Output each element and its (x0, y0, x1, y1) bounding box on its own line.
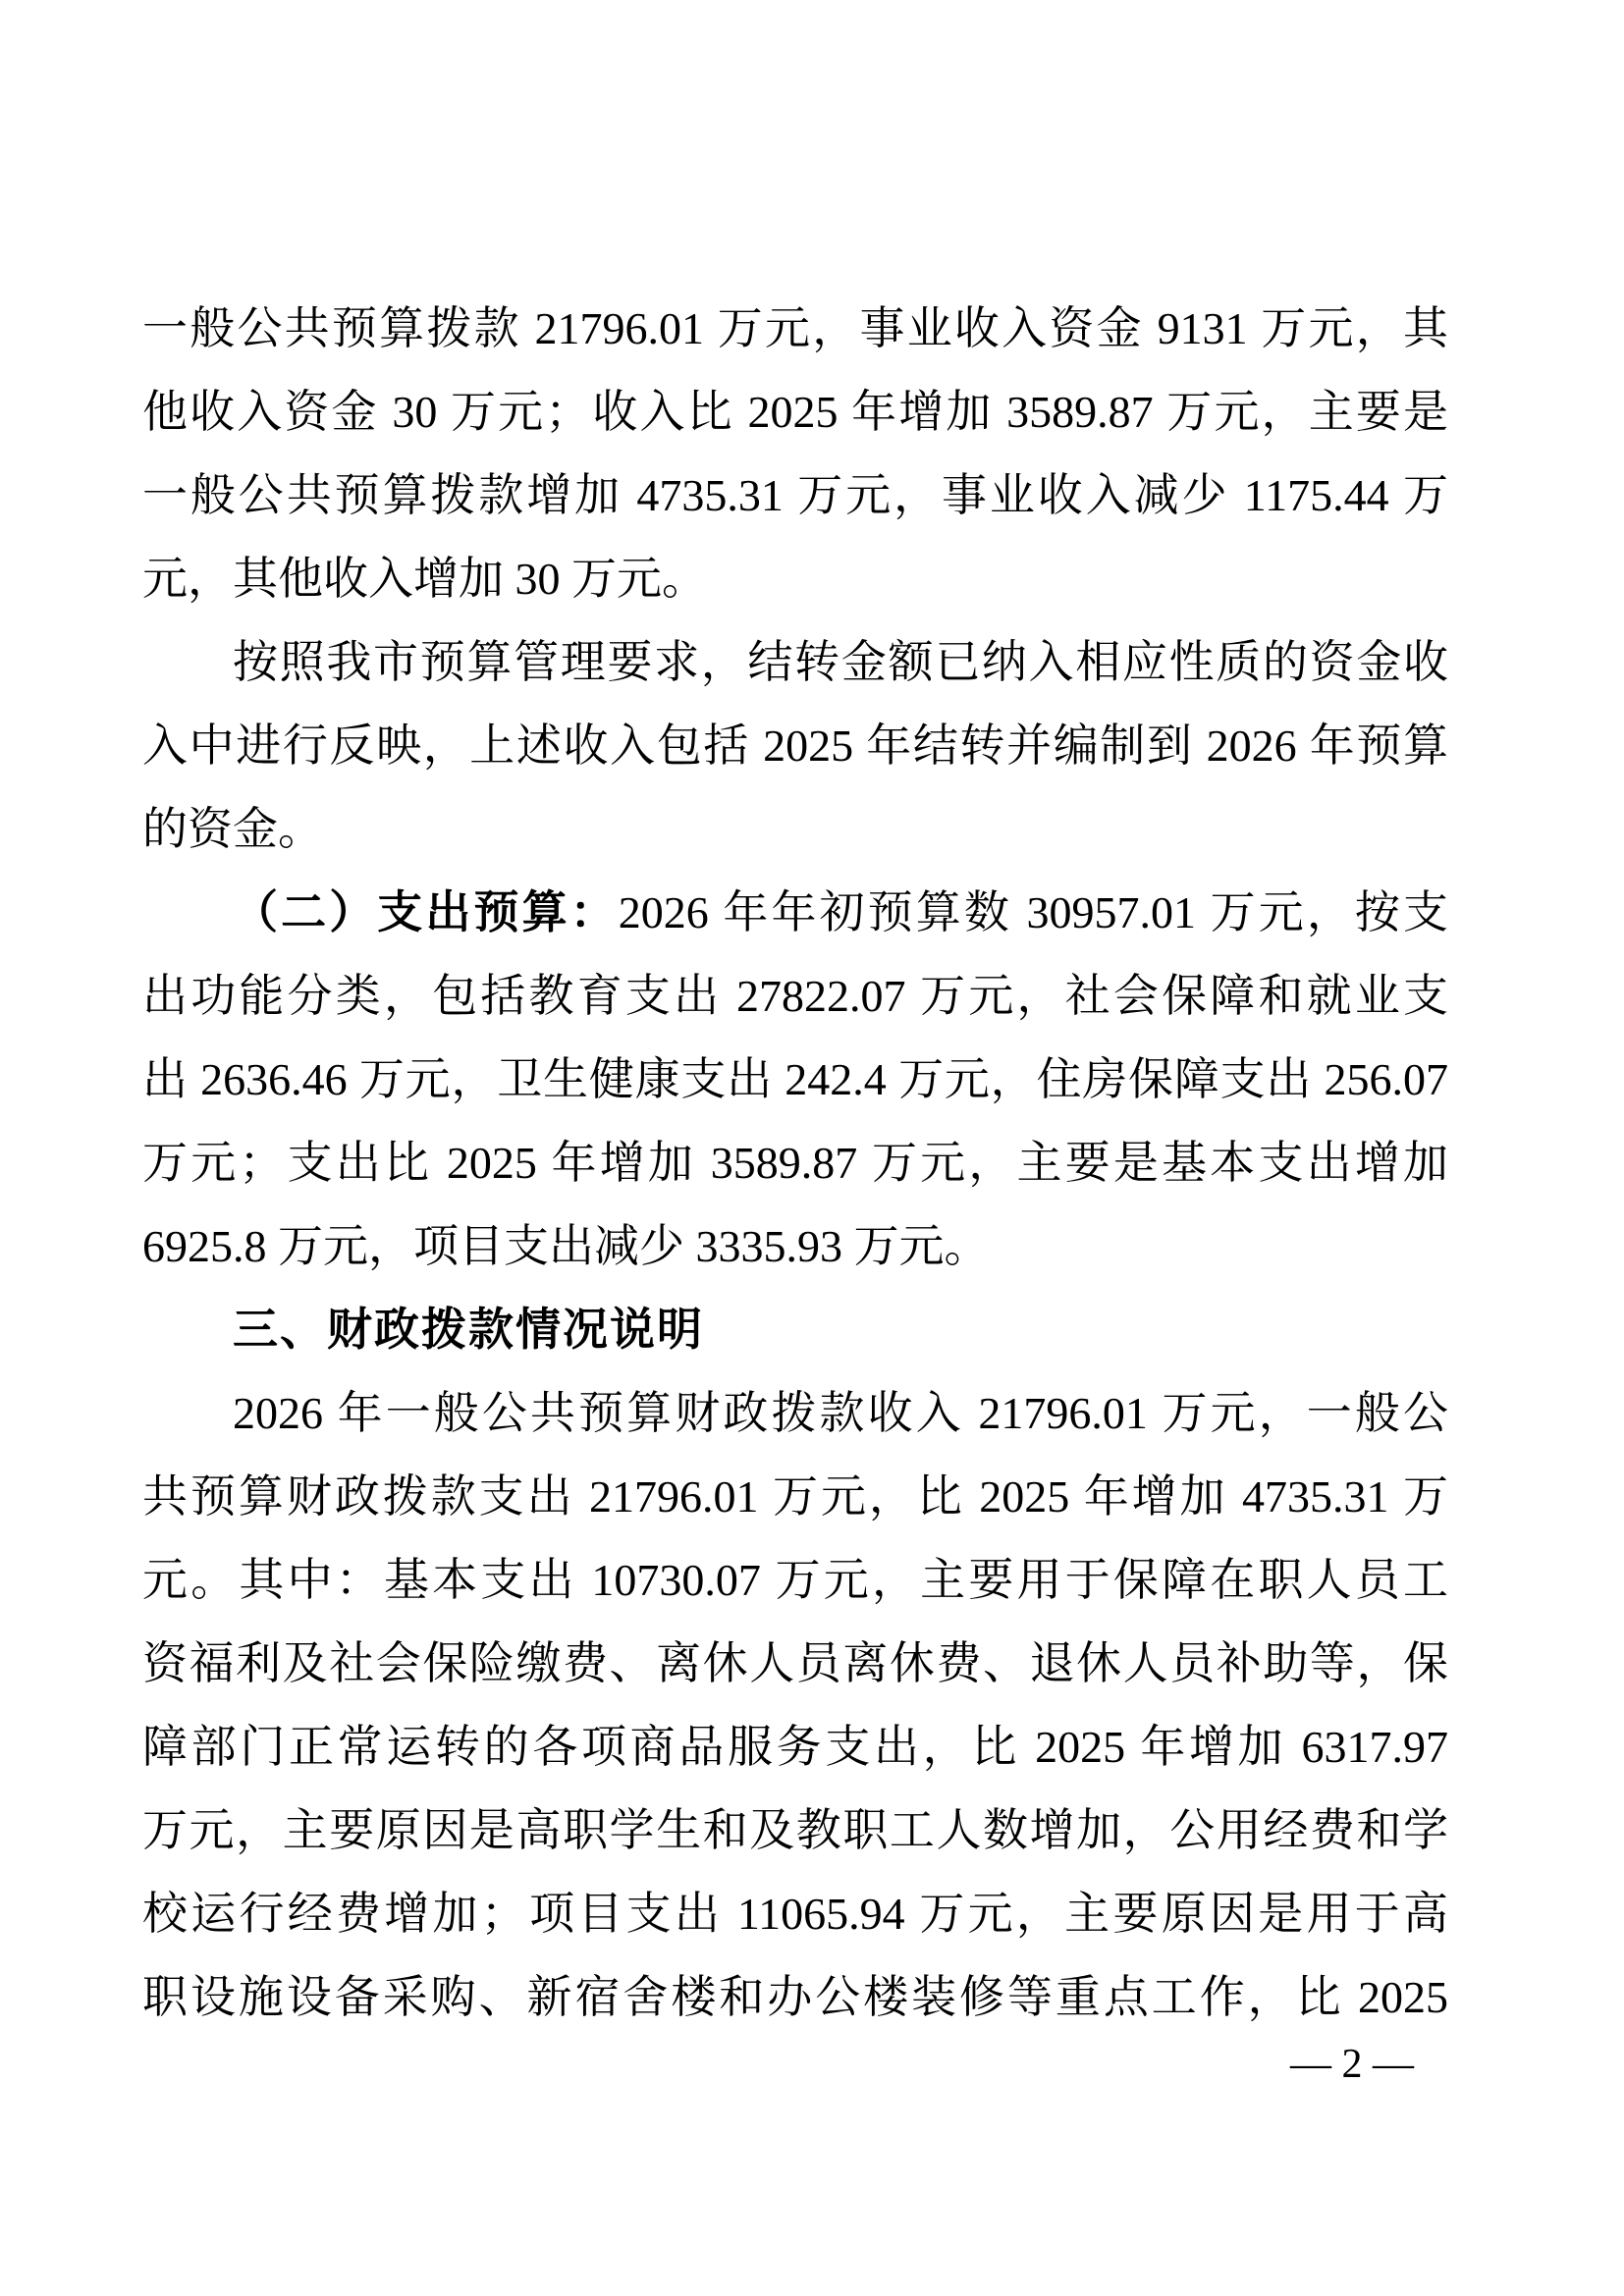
text-line: 元，其他收入增加 30 万元。 (142, 537, 1448, 620)
text-line: 万元，主要原因是高职学生和及教职工人数增加，公用经费和学 (142, 1789, 1448, 1872)
text-line: 出功能分类，包括教育支出 27822.07 万元，社会保障和就业支 (142, 954, 1448, 1038)
bold-run: （二）支出预算： (233, 887, 619, 937)
text-line: 共预算财政拨款支出 21796.01 万元，比 2025 年增加 4735.31… (142, 1455, 1448, 1538)
text-line: 元。其中：基本支出 10730.07 万元，主要用于保障在职人员工 (142, 1538, 1448, 1622)
text-line: 一般公共预算拨款 21796.01 万元，事业收入资金 9131 万元，其 (142, 287, 1448, 370)
text-line: 一般公共预算拨款增加 4735.31 万元，事业收入减少 1175.44 万 (142, 454, 1448, 537)
text-run: 2026 年年初预算数 30957.01 万元，按支 (619, 887, 1448, 937)
text-line: 障部门正常运转的各项商品服务支出，比 2025 年增加 6317.97 (142, 1705, 1448, 1789)
text-line: 6925.8 万元，项目支出减少 3335.93 万元。 (142, 1204, 1448, 1288)
text-line: 资福利及社会保险缴费、离休人员离休费、退休人员补助等，保 (142, 1622, 1448, 1705)
text-line: 出 2636.46 万元，卫生健康支出 242.4 万元，住房保障支出 256.… (142, 1038, 1448, 1121)
document-page: 一般公共预算拨款 21796.01 万元，事业收入资金 9131 万元，其他收入… (0, 0, 1624, 2296)
document-body: 一般公共预算拨款 21796.01 万元，事业收入资金 9131 万元，其他收入… (142, 287, 1448, 2039)
text-line: 校运行经费增加；项目支出 11065.94 万元，主要原因是用于高 (142, 1872, 1448, 1955)
page-number: — 2 — (1290, 2040, 1414, 2089)
text-line: 按照我市预算管理要求，结转金额已纳入相应性质的资金收 (142, 620, 1448, 704)
text-line: 职设施设备采购、新宿舍楼和办公楼装修等重点工作，比 2025 (142, 1955, 1448, 2039)
text-line: 入中进行反映，上述收入包括 2025 年结转并编制到 2026 年预算 (142, 704, 1448, 787)
text-line: 的资金。 (142, 787, 1448, 871)
text-line: 他收入资金 30 万元；收入比 2025 年增加 3589.87 万元，主要是 (142, 370, 1448, 454)
text-line: （二）支出预算：2026 年年初预算数 30957.01 万元，按支 (142, 871, 1448, 954)
section-heading: 三、财政拨款情况说明 (142, 1288, 1448, 1371)
text-line: 2026 年一般公共预算财政拨款收入 21796.01 万元，一般公 (142, 1371, 1448, 1455)
text-line: 万元；支出比 2025 年增加 3589.87 万元，主要是基本支出增加 (142, 1121, 1448, 1204)
